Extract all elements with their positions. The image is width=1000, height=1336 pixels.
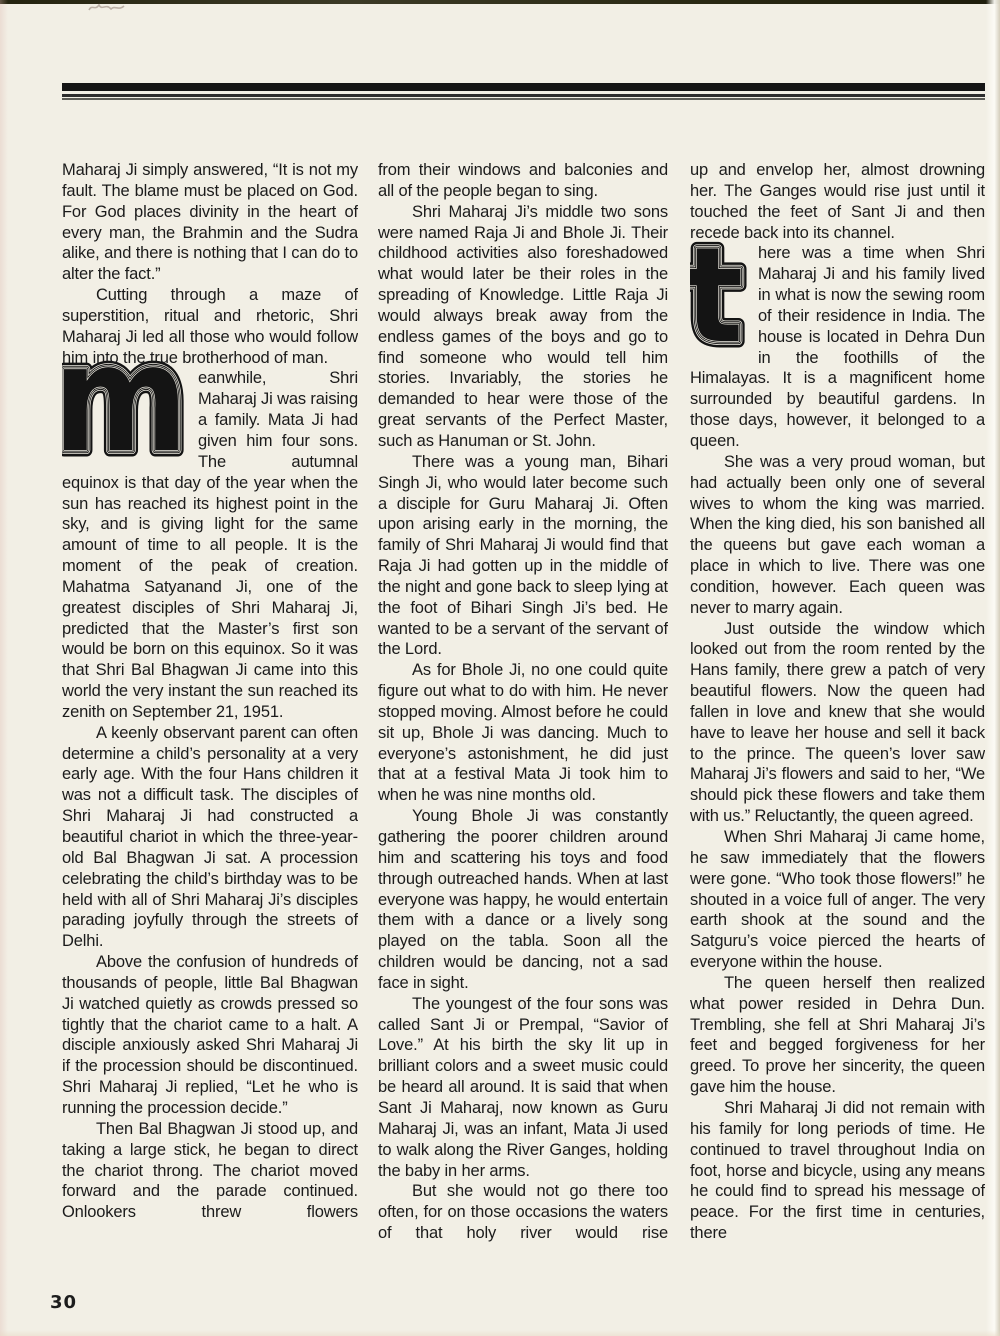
dropcap-letter-m: m m m m m m m — [62, 372, 174, 452]
page-number: 30 — [50, 1292, 77, 1313]
paragraph: A keenly observant parent can often dete… — [62, 723, 358, 952]
paragraph: But she would not go there too often, fo… — [378, 1181, 668, 1244]
decorative-rule — [62, 83, 985, 100]
scan-right-edge — [986, 0, 1000, 1336]
text-column-2: from their windows and balconies and all… — [378, 160, 668, 1288]
scan-bottom-edge — [0, 1330, 1000, 1336]
magazine-page-scan: Maharaj Ji simply answered, “It is not m… — [0, 0, 1000, 1336]
paragraph: Above the confusion of hundreds of thous… — [62, 952, 358, 1119]
text-columns: Maharaj Ji simply answered, “It is not m… — [62, 160, 985, 1288]
paragraph: Then Bal Bhagwan Ji stood up, and taking… — [62, 1119, 358, 1223]
scan-left-edge — [0, 0, 8, 1336]
rule-hairline — [62, 98, 985, 100]
pencil-mark — [86, 1, 130, 15]
paragraph: When Shri Maharaj Ji came home, he saw i… — [690, 827, 985, 973]
rule-thick-bar — [62, 83, 985, 91]
paragraph: Shri Maharaj Ji did not remain with his … — [690, 1098, 985, 1244]
paragraph: Shri Maharaj Ji’s middle two sons were n… — [378, 202, 668, 452]
paragraph-dropcap: t t t t t t t here was a time when Shri … — [690, 243, 985, 451]
text-column-1: Maharaj Ji simply answered, “It is not m… — [62, 160, 358, 1288]
rule-thin-line — [62, 94, 985, 97]
paragraph: from their windows and balconies and all… — [378, 160, 668, 202]
paragraph: up and envelop her, almost drowning her.… — [690, 160, 985, 243]
text-column-3: up and envelop her, almost drowning her.… — [690, 160, 985, 1288]
paragraph: The queen herself then realized what pow… — [690, 973, 985, 1098]
paragraph: As for Bhole Ji, no one could quite figu… — [378, 660, 668, 806]
paragraph: There was a young man, Bihari Singh Ji, … — [378, 452, 668, 660]
dropcap-letter-t: t t t t t t t — [690, 247, 746, 347]
scan-top-edge — [0, 0, 1000, 4]
paragraph-dropcap: m m m m m m m eanwhile, Shri Maharaj Ji … — [62, 368, 358, 722]
paragraph: Young Bhole Ji was constantly gathering … — [378, 806, 668, 994]
paragraph: The youngest of the four sons was called… — [378, 994, 668, 1182]
paragraph: Cutting through a maze of superstition, … — [62, 285, 358, 368]
paragraph: Maharaj Ji simply answered, “It is not m… — [62, 160, 358, 285]
paragraph: She was a very proud woman, but had actu… — [690, 452, 985, 619]
paragraph: Just outside the window which looked out… — [690, 619, 985, 827]
